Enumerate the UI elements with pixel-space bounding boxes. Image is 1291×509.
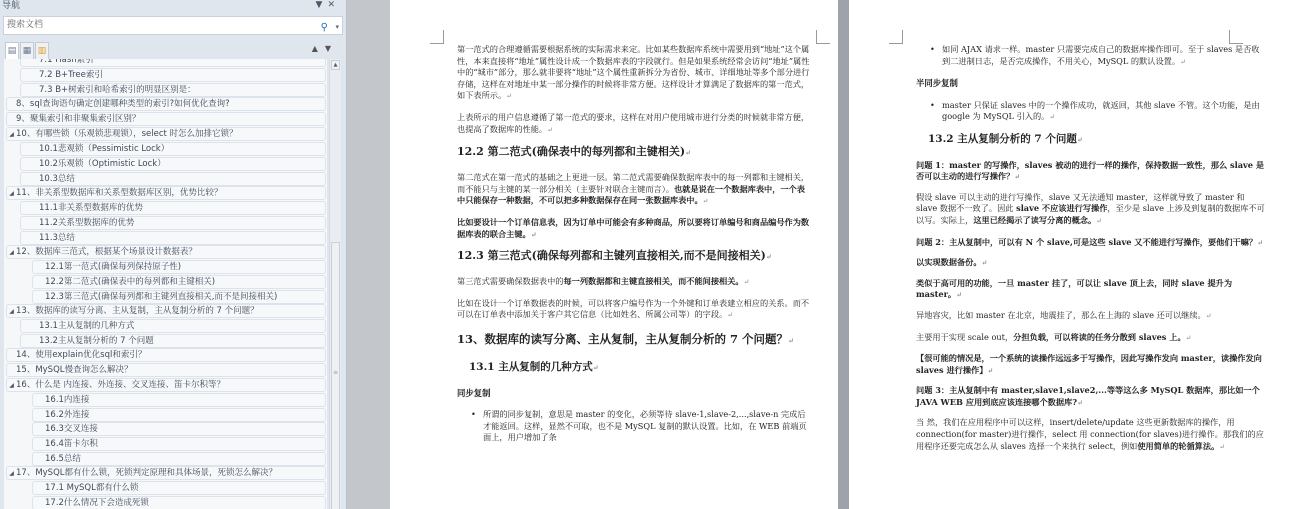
- paragraph: 比如要设计一个订单信息表，因为订单中可能会有多种商品，所以要将订单编号和商品编号…: [457, 217, 812, 240]
- nav-heading-label: 11、非关系型数据库和关系型数据库区别，优势比较？: [16, 188, 222, 198]
- crop-mark: [889, 30, 903, 44]
- nav-heading-item[interactable]: ◢11、非关系型数据库和关系型数据库区别，优势比较？: [6, 186, 326, 200]
- nav-heading-label: 7.1 Hash索引: [39, 59, 94, 65]
- nav-heading-label: 16.1内连接: [45, 395, 89, 405]
- nav-pane-controls: ▼✕: [316, 0, 340, 10]
- bullet-list: master 只保证 slaves 中的一个操作成功，就返回，其他 slave …: [930, 100, 1266, 124]
- search-icon[interactable]: ⚲: [321, 19, 328, 36]
- nav-heading-label: 10、有哪些锁（乐观锁悲观锁），select 时怎么加排它锁？: [16, 129, 238, 139]
- nav-heading-item[interactable]: 13.1主从复制的几种方式: [20, 319, 326, 333]
- nav-heading-label: 10.2乐观锁（Optimistic Lock）: [39, 159, 166, 169]
- paragraph: 上表所示的用户信息遵循了第一范式的要求，这样在对用户使用城市进行分类的时候就非常…: [457, 112, 812, 136]
- headings-icon: ▤: [8, 46, 17, 56]
- nav-heading-item[interactable]: 16.3交叉连接: [32, 422, 326, 436]
- answer-3: 当 然，我们在应用程序中可以这样，insert/delete/update 这些…: [916, 417, 1266, 453]
- nav-heading-item[interactable]: 12.2第二范式(确保表中的每列都和主键相关): [32, 275, 326, 289]
- nav-heading-label: 7.3 B+树索引和哈希索引的明显区别是：: [39, 85, 196, 95]
- list-item: 所谓的同步复制，意思是 master 的变化，必须等待 slave-1,slav…: [471, 409, 812, 444]
- nav-heading-item[interactable]: 8、sql查询语句确定创建哪种类型的索引?如何优化查询?: [6, 97, 326, 111]
- expand-triangle-icon[interactable]: ◢: [7, 306, 16, 318]
- navigation-pane: 导航 ▼✕ 搜索文档 ⚲ ▾ ▤ ▦ ▥ ▲▼ 7.1 Hash索引7.2 B+…: [0, 0, 347, 509]
- nav-heading-label: 12、数据库三范式，根据某个场景设计数据表？: [16, 247, 197, 257]
- nav-heading-item[interactable]: 15、MySQL慢查询怎么解决？: [6, 363, 326, 377]
- expand-triangle-icon[interactable]: ◢: [7, 129, 16, 141]
- nav-heading-item[interactable]: 16.4笛卡尔积: [32, 437, 326, 451]
- page-gap: [838, 0, 848, 509]
- search-document-input[interactable]: 搜索文档 ⚲ ▾: [3, 16, 343, 35]
- nav-heading-label: 16.4笛卡尔积: [45, 439, 98, 449]
- crop-mark: [1229, 30, 1243, 44]
- nav-heading-label: 10.3总结: [39, 174, 75, 184]
- document-page-1[interactable]: 第一范式的合理遵循需要根据系统的实际需求来定。比如某些数据库系统中需要用到“地址…: [390, 0, 838, 509]
- answer-1: 假设 slave 可以主动的进行写操作，slave 又无法通知 master，这…: [916, 192, 1266, 228]
- nav-heading-label: 11.1非关系型数据库的优势: [39, 203, 143, 213]
- nav-heading-item[interactable]: 13.2主从复制分析的 7 个问题: [20, 334, 326, 348]
- nav-heading-label: 14、使用explain优化sql和索引？: [16, 350, 146, 360]
- nav-heading-item[interactable]: 16.1内连接: [32, 393, 326, 407]
- paragraph: 第一范式的合理遵循需要根据系统的实际需求来定。比如某些数据库系统中需要用到“地址…: [457, 44, 812, 103]
- search-placeholder: 搜索文档: [7, 20, 43, 30]
- nav-heading-label: 8、sql查询语句确定创建哪种类型的索引?如何优化查询?: [16, 99, 230, 109]
- list-item: 如同 AJAX 请求一样。master 只需要完成自己的数据库操作即可。至于 s…: [930, 44, 1266, 68]
- answer-2-item: 异地容灾，比如 master 在北京，地震挂了，那么在上海的 slave 还可以…: [916, 310, 1266, 323]
- nav-heading-item[interactable]: 16.5总结: [32, 452, 326, 466]
- pane-options-icon[interactable]: ▼: [316, 0, 328, 10]
- nav-heading-label: 11.2关系型数据库的优势: [39, 218, 134, 228]
- paragraph: 比如在设计一个订单数据表的时候，可以将客户编号作为一个外键和订单表建立相应的关系…: [457, 298, 812, 322]
- bullet-list: 所谓的同步复制，意思是 master 的变化，必须等待 slave-1,slav…: [471, 409, 812, 444]
- nav-heading-item[interactable]: 11.3总结: [20, 231, 326, 245]
- expand-triangle-icon[interactable]: ◢: [7, 188, 16, 200]
- expand-triangle-icon[interactable]: ◢: [7, 247, 16, 259]
- heading-12-3: 12.3 第三范式(确保每列都和主键列直接相关,而不是间接相关)↵: [457, 249, 812, 264]
- nav-heading-item[interactable]: 7.2 B+Tree索引: [20, 68, 326, 82]
- nav-heading-item[interactable]: 7.3 B+树索引和哈希索引的明显区别是：: [20, 83, 326, 97]
- document-page-2[interactable]: 如同 AJAX 请求一样。master 只需要完成自己的数据库操作即可。至于 s…: [848, 0, 1291, 509]
- nav-heading-item[interactable]: 11.2关系型数据库的优势: [20, 216, 326, 230]
- crop-mark: [816, 30, 830, 44]
- answer-2-item: 以实现数据备份。↵: [916, 257, 1266, 269]
- nav-heading-item[interactable]: 14、使用explain优化sql和索引？: [6, 348, 326, 362]
- answer-2-item: 主要用于实现 scale out，分担负载，可以将读的任务分散到 slaves …: [916, 332, 1266, 345]
- nav-heading-item[interactable]: 10.2乐观锁（Optimistic Lock）: [20, 157, 326, 171]
- nav-heading-item[interactable]: 11.1非关系型数据库的优势: [20, 201, 326, 215]
- nav-heading-label: 11.3总结: [39, 233, 75, 243]
- paragraph: 第三范式需要确保数据表中的每一列数据都和主键直接相关，而不能间接相关。↵: [457, 276, 812, 289]
- bullet-list: 如同 AJAX 请求一样。master 只需要完成自己的数据库操作即可。至于 s…: [930, 44, 1266, 68]
- answer-2-item: 类似于高可用的功能，一旦 master 挂了，可以让 slave 顶上去，同时 …: [916, 278, 1266, 301]
- sync-replication-label: 同步复制: [457, 388, 812, 400]
- semi-sync-replication-label: 半同步复制: [916, 78, 1266, 90]
- nav-heading-label: 13.2主从复制分析的 7 个问题: [39, 336, 154, 346]
- nav-heading-item[interactable]: 16.2外连接: [32, 408, 326, 422]
- nav-heading-item[interactable]: 17.2什么情况下会造成死锁: [32, 496, 326, 509]
- nav-heading-label: 17.2什么情况下会造成死锁: [45, 498, 149, 508]
- nav-heading-label: 16、什么是 内连接、外连接、交叉连接、笛卡尔积等？: [16, 380, 225, 390]
- nav-heading-item[interactable]: 9、聚集索引和非聚集索引区别？: [6, 112, 326, 126]
- page-1-body: 第一范式的合理遵循需要根据系统的实际需求来定。比如某些数据库系统中需要用到“地址…: [457, 44, 812, 454]
- nav-heading-label: 13、数据库的读写分离、主从复制，主从复制分析的 7 个问题？: [16, 306, 259, 316]
- nav-heading-label: 12.3第三范式(确保每列都和主键列直接相关,而不是间接相关): [45, 292, 277, 302]
- nav-heading-label: 17.1 MySQL都有什么锁: [45, 483, 138, 493]
- nav-heading-label: 16.5总结: [45, 454, 81, 464]
- tab-pages-view[interactable]: ▦: [20, 42, 34, 59]
- nav-heading-item[interactable]: 10.3总结: [20, 172, 326, 186]
- nav-heading-item[interactable]: ◢16、什么是 内连接、外连接、交叉连接、笛卡尔积等？: [6, 378, 326, 392]
- close-icon[interactable]: ✕: [327, 0, 340, 10]
- search-options-dropdown-icon[interactable]: ▾: [335, 19, 339, 36]
- nav-heading-item[interactable]: 7.1 Hash索引: [20, 59, 326, 67]
- heading-12-2: 12.2 第二范式(确保表中的每列都和主键相关)↵: [457, 145, 812, 160]
- nav-heading-label: 9、聚集索引和非聚集索引区别？: [16, 114, 140, 124]
- nav-heading-item[interactable]: 12.3第三范式(确保每列都和主键列直接相关,而不是间接相关): [32, 290, 326, 304]
- question-2: 问题 2：主从复制中，可以有 N 个 slave,可是这些 slave 又不能进…: [916, 237, 1266, 249]
- nav-heading-label: 10.1悲观锁（Pessimistic Lock）: [39, 144, 169, 154]
- expand-triangle-icon[interactable]: ◢: [7, 468, 16, 480]
- thumbnails-icon: ▦: [23, 46, 32, 56]
- heading-nav-arrows: ▲▼: [312, 44, 338, 53]
- nav-pane-title: 导航: [0, 0, 347, 14]
- nav-heading-label: 13.1主从复制的几种方式: [39, 321, 134, 331]
- results-icon: ▥: [38, 46, 47, 56]
- heading-13-1: 13.1 主从复制的几种方式↵: [469, 362, 812, 374]
- nav-heading-item[interactable]: 10.1悲观锁（Pessimistic Lock）: [20, 142, 326, 156]
- nav-heading-label: 16.2外连接: [45, 410, 89, 420]
- nav-heading-label: 7.2 B+Tree索引: [39, 70, 103, 80]
- heading-13-2: 13.2 主从复制分析的 7 个问题↵: [928, 134, 1266, 146]
- nav-view-tabs: ▤ ▦ ▥: [5, 42, 50, 60]
- question-1: 问题 1：master 的写操作，slaves 被动的进行一样的操作，保持数据一…: [916, 160, 1266, 183]
- tab-results-view[interactable]: ▥: [35, 42, 49, 59]
- nav-heading-label: 12.2第二范式(确保表中的每列都和主键相关): [45, 277, 215, 287]
- grip-icon: ≡: [333, 371, 338, 374]
- nav-heading-item[interactable]: 17.1 MySQL都有什么锁: [32, 481, 326, 495]
- heading-13: 13、数据库的读写分离、主从复制，主从复制分析的 7 个问题？↵: [457, 332, 812, 348]
- tab-headings-view[interactable]: ▤: [5, 42, 19, 59]
- nav-heading-label: 15、MySQL慢查询怎么解决？: [16, 365, 133, 375]
- answer-2-note: 【很可能的情况是，一个系统的读操作远远多于写操作，因此写操作发向 master，…: [916, 353, 1266, 376]
- nav-heading-label: 12.1第一范式(确保每列保持原子性): [45, 262, 181, 272]
- scrollbar-thumb[interactable]: ≡: [331, 242, 340, 509]
- nav-heading-item[interactable]: ◢12、数据库三范式，根据某个场景设计数据表？: [6, 245, 326, 259]
- scroll-up-arrow-icon[interactable]: ▲: [331, 60, 340, 70]
- nav-heading-item[interactable]: 12.1第一范式(确保每列保持原子性): [32, 260, 326, 274]
- nav-heading-item[interactable]: ◢13、数据库的读写分离、主从复制，主从复制分析的 7 个问题？: [6, 304, 326, 318]
- crop-mark: [430, 30, 444, 44]
- nav-heading-item[interactable]: ◢17、MySQL都有什么锁，死锁判定原理和具体场景，死锁怎么解决？: [6, 466, 326, 480]
- expand-triangle-icon[interactable]: ◢: [7, 380, 16, 392]
- nav-heading-item[interactable]: ◢10、有哪些锁（乐观锁悲观锁），select 时怎么加排它锁？: [6, 127, 326, 141]
- page-2-body: 如同 AJAX 请求一样。master 只需要完成自己的数据库操作即可。至于 s…: [916, 44, 1266, 462]
- nav-heading-label: 17、MySQL都有什么锁，死锁判定原理和具体场景，死锁怎么解决？: [16, 468, 277, 478]
- heading-list: 7.1 Hash索引7.2 B+Tree索引7.3 B+树索引和哈希索引的明显区…: [4, 59, 327, 509]
- paragraph: 第二范式在第一范式的基础之上更进一层。第二范式需要确保数据库表中的每一列都和主键…: [457, 172, 812, 208]
- list-item: master 只保证 slaves 中的一个操作成功，就返回，其他 slave …: [930, 100, 1266, 124]
- next-heading-icon[interactable]: ▼: [325, 44, 338, 53]
- previous-heading-icon[interactable]: ▲: [312, 44, 325, 53]
- nav-scrollbar[interactable]: ▲ ≡: [329, 59, 341, 509]
- nav-heading-label: 16.3交叉连接: [45, 424, 98, 434]
- question-3: 问题 3：主从复制中有 master,slave1,slave2,...等等这么…: [916, 385, 1266, 408]
